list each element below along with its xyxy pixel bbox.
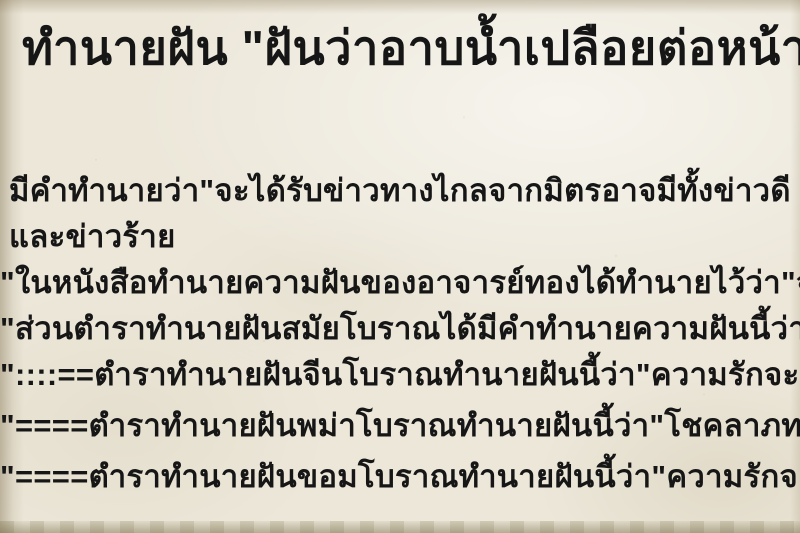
body-line: "ในหนังสือทำนายความฝันของอาจารย์ทองได้ทำ…: [0, 260, 800, 306]
body-line: "ส่วนตำราทำนายฝันสมัยโบราณได้มีคำทำนายคว…: [0, 306, 800, 352]
page-edge-bottom-shading: [0, 521, 800, 533]
body-line: "::::==ตำราทำนายฝันจีนโบราณทำนายฝันนี้ว่…: [0, 352, 800, 398]
dream-interpretation-text: มีคำทำนายว่า"จะได้รับข่าวทางไกลจากมิตรอา…: [0, 168, 800, 500]
page-title: ทำนายฝัน "ฝันว่าอาบน้ำเปลือยต่อหน้าคนอื่…: [22, 0, 800, 88]
body-line: และข่าวร้าย: [0, 214, 800, 260]
body-line: "====ตำราทำนายฝันพม่าโบราณทำนายฝันนี้ว่า…: [0, 403, 800, 449]
scanned-page: ทำนายฝัน "ฝันว่าอาบน้ำเปลือยต่อหน้าคนอื่…: [0, 0, 800, 533]
body-line: "====ตำราทำนายฝันขอมโบราณทำนายฝันนี้ว่า"…: [0, 454, 800, 500]
body-line: มีคำทำนายว่า"จะได้รับข่าวทางไกลจากมิตรอา…: [0, 168, 800, 214]
